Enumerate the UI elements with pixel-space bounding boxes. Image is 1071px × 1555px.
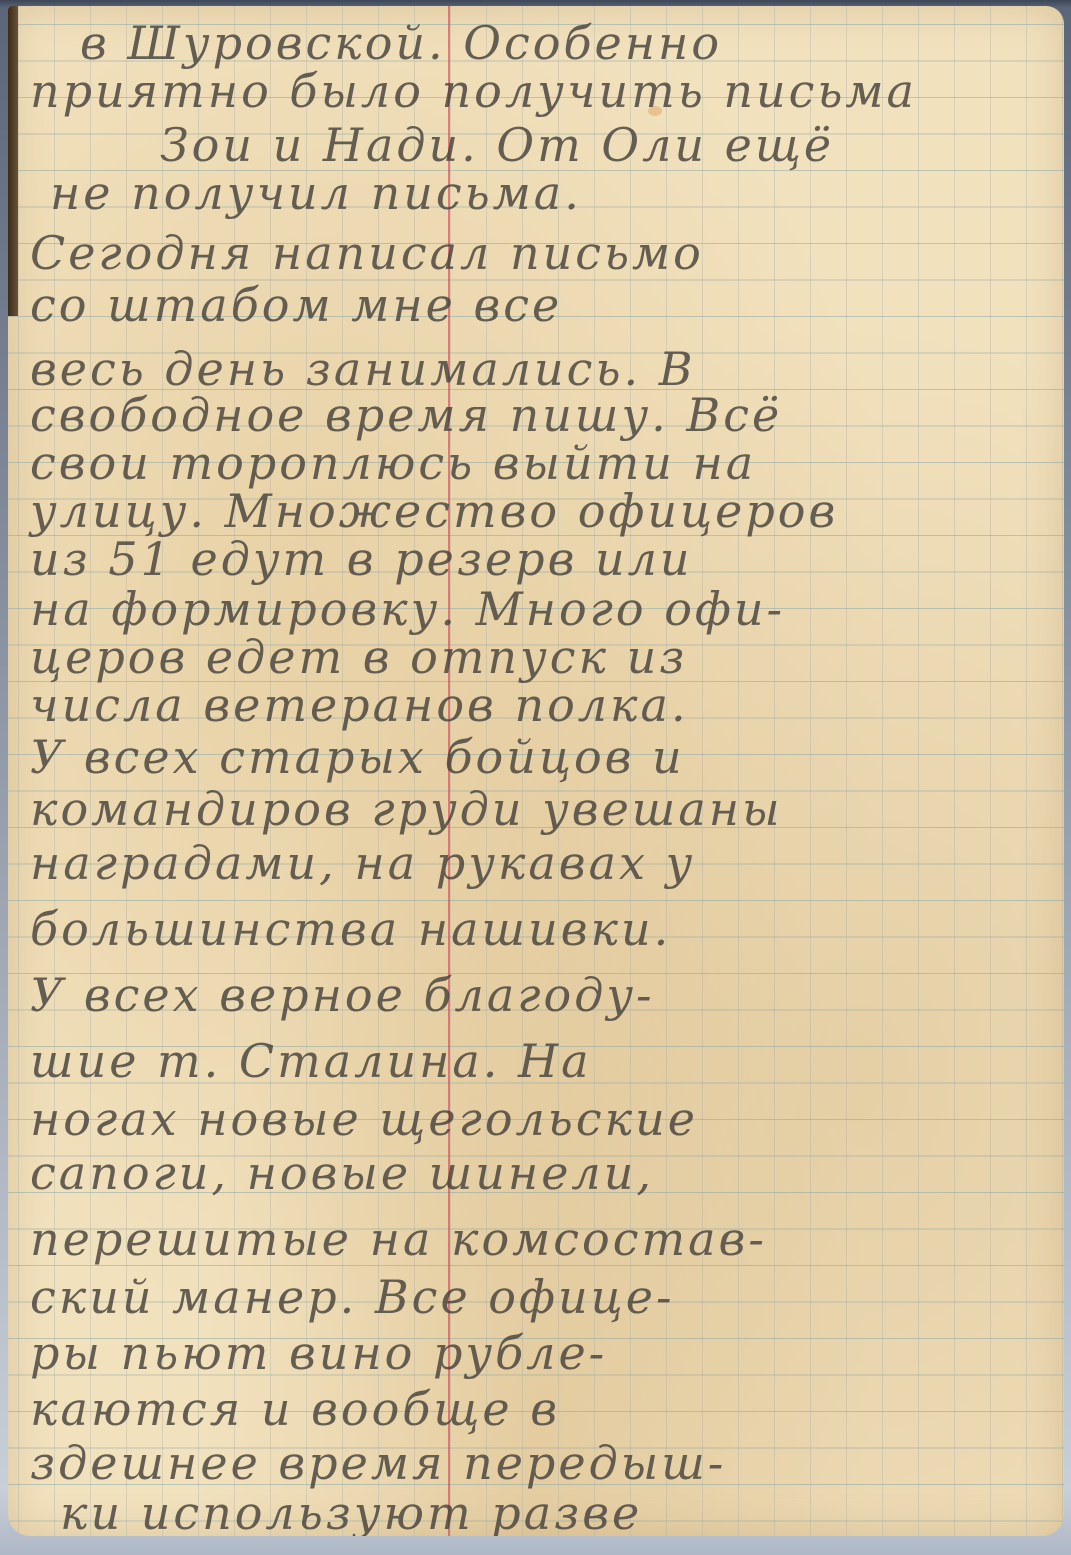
text-line: свои тороплюсь выйти на xyxy=(30,436,756,490)
text-line: приятно было получить письма xyxy=(30,64,917,118)
notebook-binding xyxy=(8,6,18,316)
text-line: ры пьют вино рубле- xyxy=(30,1326,607,1380)
text-line: числа ветеранов полка. xyxy=(30,678,689,732)
text-line: ский манер. Все офице- xyxy=(30,1270,674,1324)
text-line: ногах новые щегольские xyxy=(30,1092,698,1146)
text-line: Сегодня написал письмо xyxy=(30,226,704,280)
text-line: ки используют разве xyxy=(60,1486,642,1536)
text-line: наградами, на рукавах у xyxy=(30,836,695,890)
text-line: каются и вообще в xyxy=(30,1382,560,1436)
text-line: У всех верное благоду- xyxy=(30,968,655,1022)
text-line: церов едет в отпуск из xyxy=(30,630,687,684)
scanned-page: в Шуровской. Особенно приятно было получ… xyxy=(0,0,1071,1555)
text-line: на формировку. Много офи- xyxy=(30,582,785,636)
text-line: командиров груди увешаны xyxy=(30,782,783,836)
text-line: У всех старых бойцов и xyxy=(30,730,685,784)
text-line: не получил письма. xyxy=(50,166,582,220)
text-line: перешитые на комсостав- xyxy=(30,1212,767,1266)
text-line: шие т. Сталина. На xyxy=(30,1034,592,1088)
text-line: из 51 едут в резерв или xyxy=(30,532,693,586)
text-line: здешнее время передыш- xyxy=(30,1436,726,1490)
text-line: улицу. Множество офицеров xyxy=(30,484,838,538)
text-line: в Шуровской. Особенно xyxy=(80,16,722,70)
notebook-page: в Шуровской. Особенно приятно было получ… xyxy=(8,6,1064,1536)
text-line: свободное время пишу. Всё xyxy=(30,388,782,442)
text-line: большинства нашивки. xyxy=(30,902,671,956)
text-line: со штабом мне все xyxy=(30,278,562,332)
text-line: сапоги, новые шинели, xyxy=(30,1146,654,1200)
text-line: Зои и Нади. От Оли ещё xyxy=(160,118,834,172)
